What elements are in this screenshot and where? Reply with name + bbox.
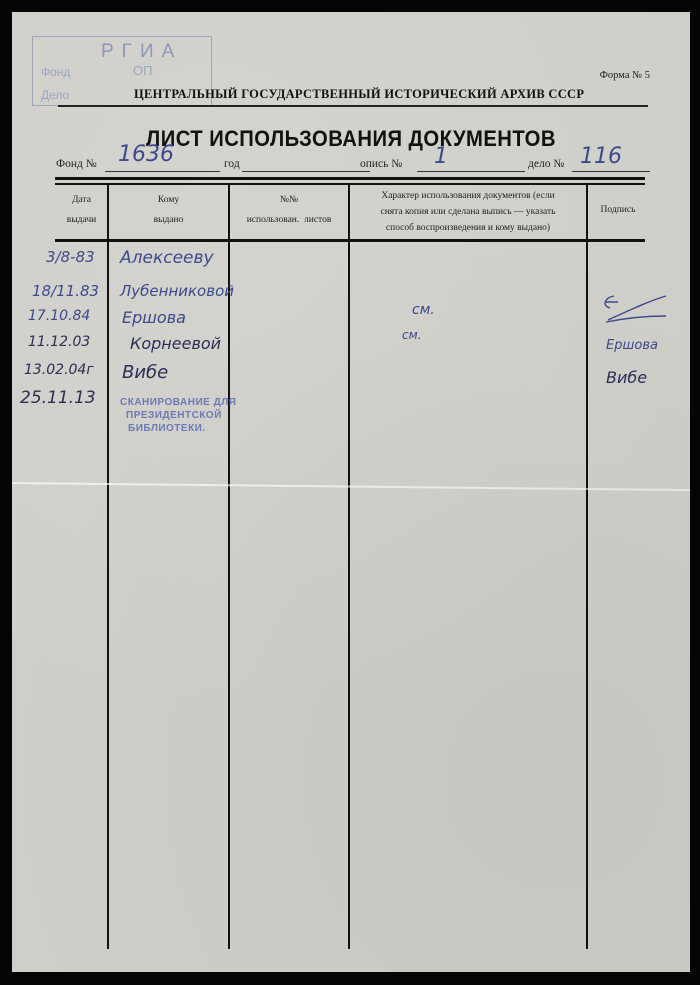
stamp-fond-label: Фонд — [41, 65, 70, 79]
scan-stamp-line-3: БИБЛИОТЕКИ. — [120, 422, 236, 435]
form-number: Форма № 5 — [600, 70, 650, 81]
col-header-signature: Подпись — [588, 200, 648, 220]
row-3-date: 17.10.84 — [28, 308, 90, 324]
col-header-date: Дата выдачи — [56, 190, 107, 230]
table-header-rule — [55, 239, 645, 242]
row-1-date: 3/8-83 — [46, 248, 95, 266]
col-header-recipient: Кому выдано — [109, 190, 228, 230]
row-2-date: 18/11.83 — [32, 282, 99, 300]
scan-stamp-line-1: СКАНИРОВАНИЕ ДЛЯ — [120, 396, 236, 409]
opis-value: 1 — [434, 144, 448, 169]
stamp-fond-value: ОП — [133, 63, 152, 78]
stamp-archive-name: РГИА — [101, 41, 182, 63]
row-5-signature: Вибе — [606, 368, 647, 387]
fond-label: Фонд № — [56, 158, 97, 170]
document-page: РГИА Фонд ОП Дело Форма № 5 ЦЕНТРАЛЬНЫЙ … — [12, 12, 690, 972]
fond-value: 1636 — [118, 142, 174, 167]
paper-fold — [12, 482, 690, 491]
row-5-date: 13.02.04г — [24, 362, 94, 378]
row-2-usage: см. — [412, 302, 435, 318]
archive-name: ЦЕНТРАЛЬНЫЙ ГОСУДАРСТВЕННЫЙ ИСТОРИЧЕСКИЙ… — [134, 87, 584, 102]
opis-field-line — [417, 171, 525, 172]
header-rule — [58, 105, 648, 107]
scan-stamp-line-2: ПРЕЗИДЕНТСКОЙ — [120, 409, 236, 422]
row-5-recipient: Вибе — [122, 362, 168, 383]
column-divider-4 — [586, 184, 588, 949]
row-4-date: 11.12.03 — [28, 334, 90, 350]
row-4-signature: Ершова — [606, 338, 658, 353]
column-divider-1 — [107, 184, 109, 949]
column-divider-3 — [348, 184, 350, 949]
opis-label: опись № — [360, 158, 402, 170]
table-top-rule-2 — [55, 183, 645, 185]
year-field-line — [242, 171, 370, 172]
table-top-rule — [55, 177, 645, 180]
col-header-sheets: №№ использован. листов — [230, 190, 348, 230]
stamp-delo-label: Дело — [41, 88, 69, 102]
row-4-recipient: Корнеевой — [130, 334, 221, 353]
scan-stamp: СКАНИРОВАНИЕ ДЛЯ ПРЕЗИДЕНТСКОЙ БИБЛИОТЕК… — [120, 396, 236, 435]
delo-field-line — [572, 171, 650, 172]
row-3-usage: см. — [402, 328, 421, 342]
row-1-recipient: Алексееву — [120, 248, 214, 268]
year-label: год — [224, 158, 240, 170]
signature-scribble-icon — [596, 290, 676, 330]
delo-label: дело № — [528, 158, 564, 170]
fond-field-line — [105, 171, 220, 172]
row-3-recipient: Ершова — [122, 308, 186, 327]
row-2-recipient: Лубенниковой — [120, 282, 234, 300]
col-header-usage: Характер использования документов (если … — [350, 188, 586, 236]
row-6-date: 25.11.13 — [20, 388, 96, 408]
delo-value: 116 — [580, 144, 622, 169]
